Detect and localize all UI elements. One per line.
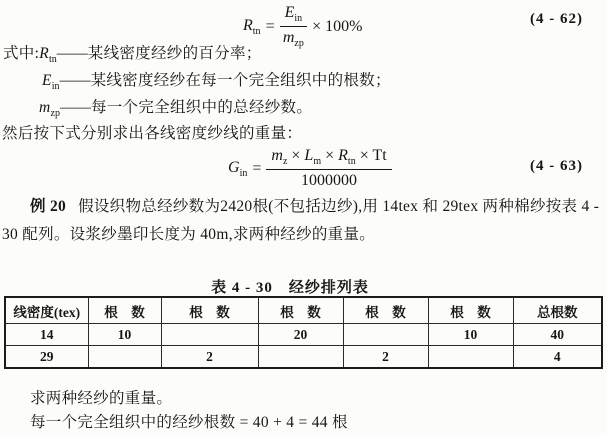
- cell: [343, 324, 428, 346]
- cell: 40: [513, 324, 602, 346]
- col-header-linear-density: 线密度(tex): [5, 297, 88, 324]
- fraction-numerator: mz × Lm × Rtn × Tt: [266, 147, 391, 170]
- warp-arrangement-table: 线密度(tex) 根 数 根 数 根 数 根 数 根 数 总根数 14 10 2…: [4, 296, 603, 369]
- formula-weight: Gin = mz × Lm × Rtn × Tt 1000000: [228, 147, 392, 190]
- fraction: Ein mzp: [280, 4, 308, 49]
- definition-line-mzp: mzp——每一个完全组织中的总经纱数。: [39, 95, 312, 119]
- cell: 4: [513, 346, 602, 369]
- table-row: 14 10 20 10 40: [5, 324, 602, 346]
- formula-lhs: Rtn: [243, 17, 261, 37]
- cell: [88, 346, 161, 369]
- cell: 10: [88, 324, 161, 346]
- cell: [258, 346, 343, 369]
- equals-sign: =: [252, 160, 261, 178]
- col-header-ends: 根 数: [428, 297, 513, 324]
- equals-sign: =: [266, 18, 275, 36]
- cell: 29: [5, 346, 88, 369]
- col-header-ends: 根 数: [88, 297, 161, 324]
- table-row: 29 2 2 4: [5, 346, 602, 369]
- table-header-row: 线密度(tex) 根 数 根 数 根 数 根 数 根 数 总根数: [5, 297, 602, 324]
- cell: 2: [161, 346, 258, 369]
- textbook-page: Rtn = Ein mzp × 100% (4 - 62) 式中:Rtn——某线…: [0, 0, 607, 435]
- col-header-total-ends: 总根数: [513, 297, 602, 324]
- fraction-numerator: Ein: [280, 4, 308, 27]
- where-label: 式中:: [3, 45, 39, 62]
- formula-suffix: × 100%: [312, 18, 362, 36]
- definition-line-rtn: 式中:Rtn——某线密度经纱的百分率；: [3, 41, 262, 65]
- cell: [161, 324, 258, 346]
- table-title: 表 4 - 30 经纱排列表: [0, 276, 580, 297]
- closing-line-1: 求两种经纱的重量。: [30, 386, 172, 408]
- example-label: 例 20: [30, 198, 66, 215]
- fraction-denominator: mzp: [283, 27, 304, 49]
- cell: 14: [5, 324, 88, 346]
- fraction-denominator: 1000000: [301, 170, 357, 190]
- formula-lhs: Gin: [228, 159, 247, 179]
- closing-line-2: 每一个完全组织中的经纱根数 = 40 + 4 = 44 根: [30, 410, 348, 432]
- then-formula-intro: 然后按下式分别求出各线密度纱线的重量：: [2, 121, 302, 143]
- example-line-1: 例 20假设织物总经纱数为2420根(不包括边纱),用 14tex 和 29te…: [30, 194, 599, 216]
- fraction: mz × Lm × Rtn × Tt 1000000: [266, 147, 391, 190]
- equation-number-4-63: (4 - 63): [530, 158, 583, 175]
- equation-number-4-62: (4 - 62): [530, 11, 583, 28]
- col-header-ends: 根 数: [258, 297, 343, 324]
- col-header-ends: 根 数: [161, 297, 258, 324]
- cell: 20: [258, 324, 343, 346]
- cell: 10: [428, 324, 513, 346]
- definition-line-ein: Ein——某线密度经纱在每一个完全组织中的根数；: [42, 68, 391, 92]
- col-header-ends: 根 数: [343, 297, 428, 324]
- cell: 2: [343, 346, 428, 369]
- cell: [428, 346, 513, 369]
- example-line-2: 30 配列。设浆纱墨印长度为 40m,求两种经纱的重量。: [2, 222, 375, 244]
